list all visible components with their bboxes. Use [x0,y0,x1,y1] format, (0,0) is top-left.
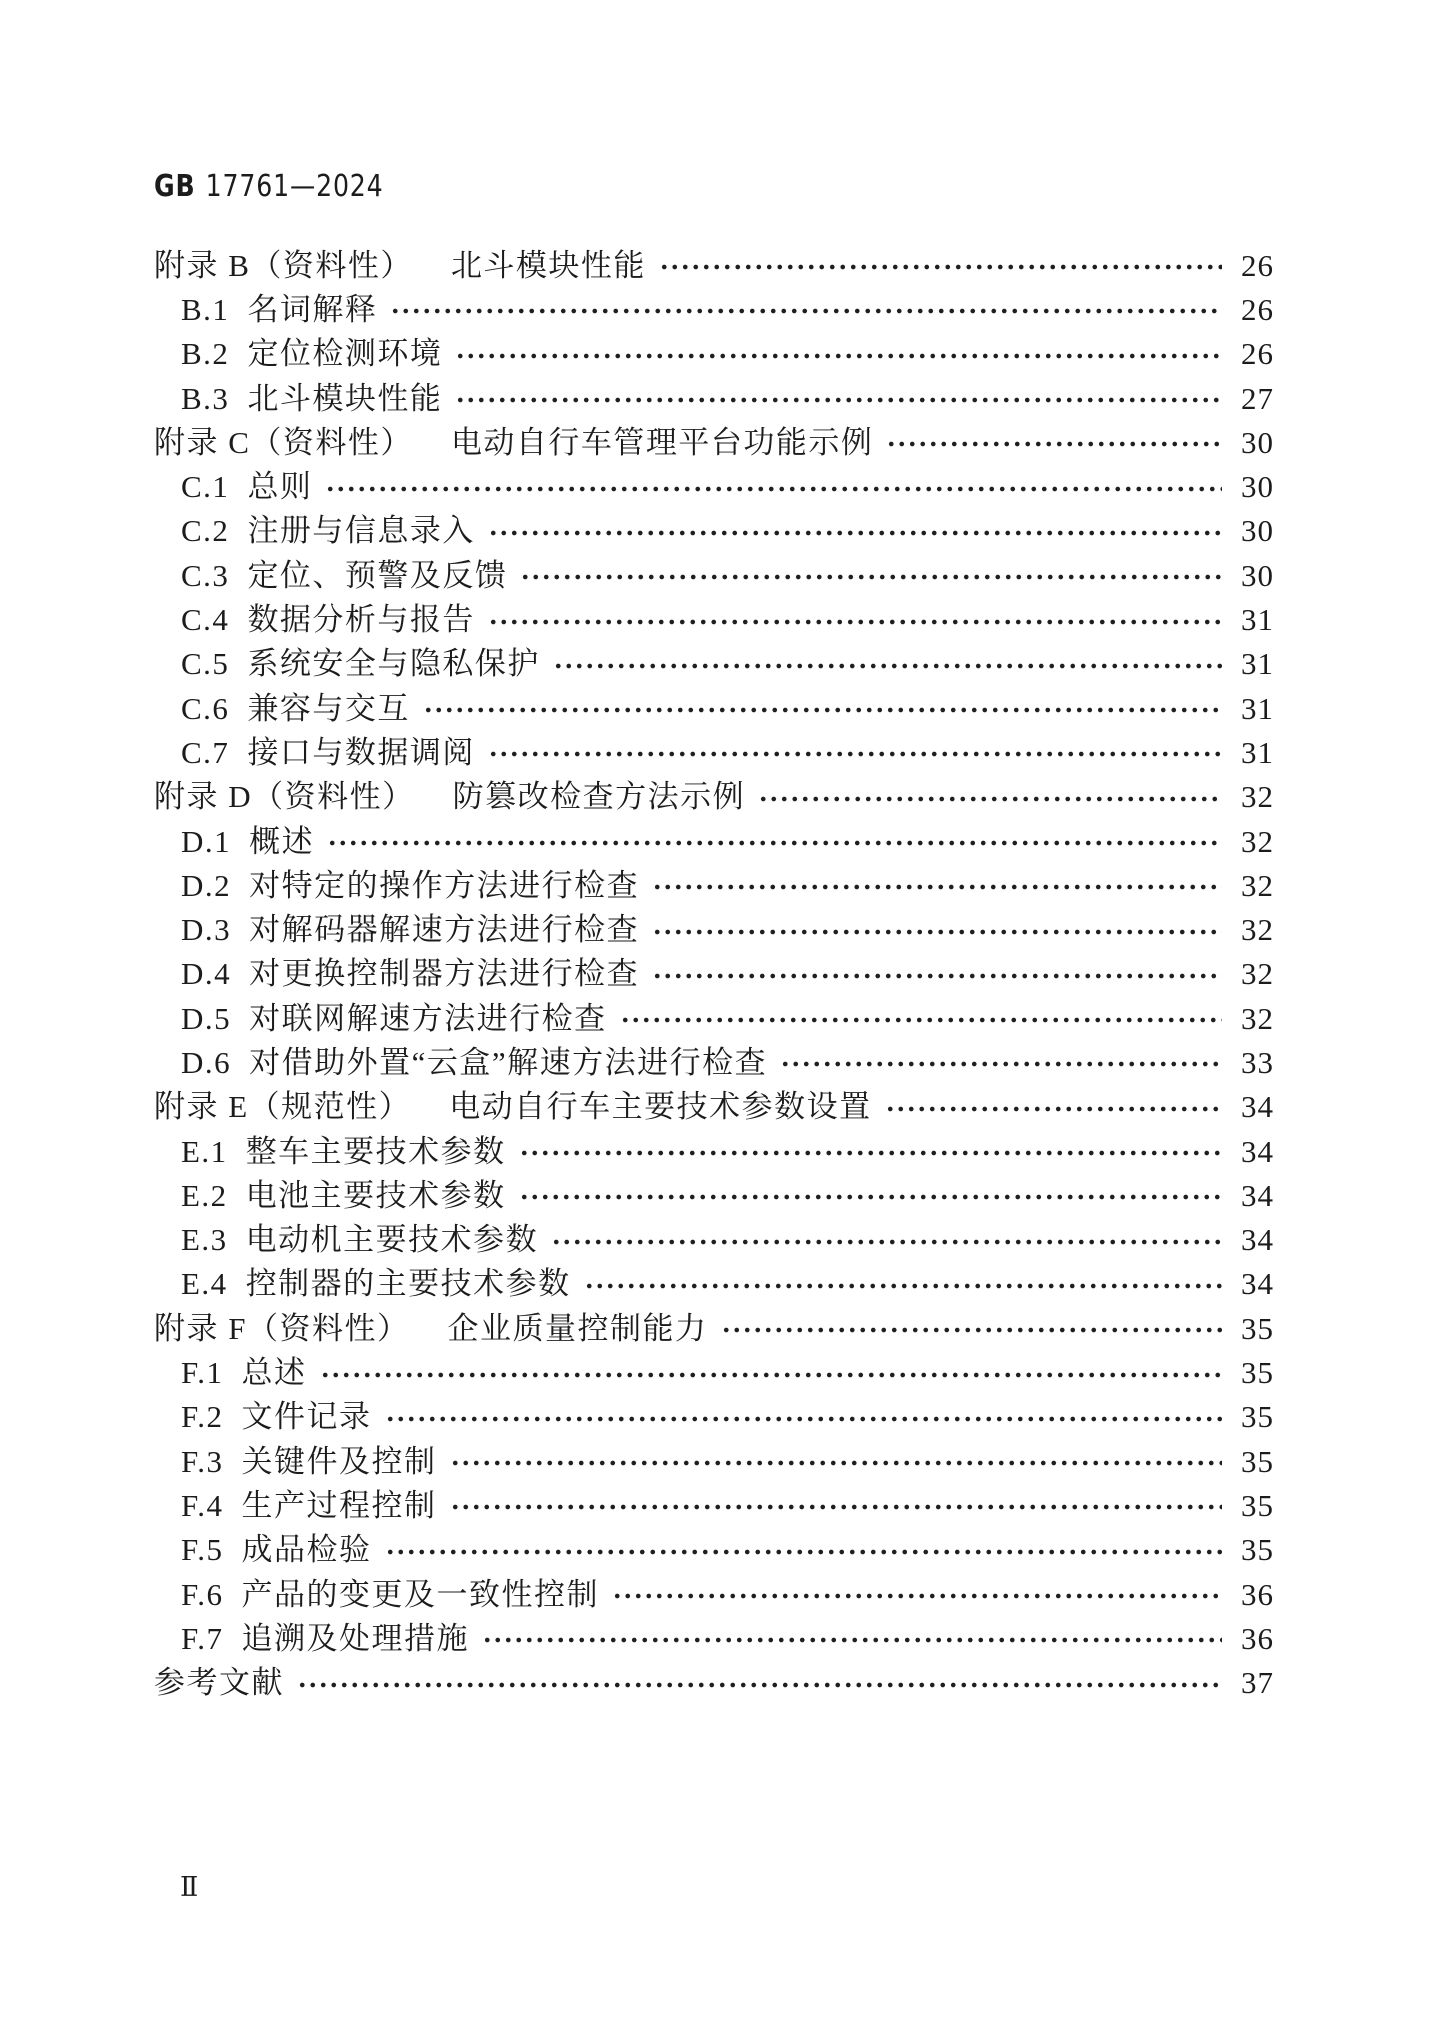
toc-entry: C.4数据分析与报告31 [154,597,1274,641]
toc-entry: C.1总则30 [154,464,1274,508]
toc-entry-page: 35 [1228,1357,1274,1388]
toc-leader-dots [553,663,1222,669]
toc-entry-title: 整车主要技术参数 [246,1136,506,1167]
toc-entry-page: 36 [1228,1623,1274,1654]
toc-leader-dots [450,1460,1222,1466]
toc-entry-title: 产品的变更及一致性控制 [242,1579,600,1610]
toc-entry-page: 26 [1228,338,1274,369]
toc-leader-dots [652,973,1222,979]
toc-leader-dots [652,929,1222,935]
toc-entry-page: 35 [1228,1313,1274,1344]
toc-entry-title: 接口与数据调阅 [247,737,475,768]
toc-entry-label: D.6 [181,1047,231,1078]
toc-entry: 附录 B（资料性）北斗模块性能26 [154,243,1274,287]
toc-entry: B.3北斗模块性能27 [154,376,1274,420]
toc-entry-page: 37 [1228,1667,1274,1698]
toc-entry: 参考文献37 [154,1661,1274,1705]
toc-entry-label: E.1 [181,1136,228,1167]
toc-leader-dots [325,486,1222,492]
toc-entry-page: 32 [1228,781,1274,812]
toc-leader-dots [455,397,1222,403]
toc-entry: D.3对解码器解速方法进行检查32 [154,907,1274,951]
toc-leader-dots [520,574,1222,580]
toc-entry-page: 33 [1228,1047,1274,1078]
toc-entry-label: E.4 [181,1268,228,1299]
toc-entry-page: 32 [1228,958,1274,989]
toc-entry-page: 32 [1228,914,1274,945]
toc-leader-dots [721,1327,1223,1333]
toc-entry-label: D.3 [181,914,231,945]
toc-entry-page: 30 [1228,560,1274,591]
toc-entry-label: B.3 [181,383,229,414]
toc-entry-title: 对特定的操作方法进行检查 [249,870,639,901]
toc-entry: 附录 F（资料性）企业质量控制能力35 [154,1306,1274,1350]
toc-entry-label: C.6 [181,693,229,724]
toc-entry-title: 北斗模块性能 [247,383,442,414]
toc-entry-title: 总述 [242,1357,307,1388]
toc-entry-label: F.7 [181,1623,224,1654]
toc-entry-label: C.7 [181,737,229,768]
toc-entry-title: 电动机主要技术参数 [246,1224,539,1255]
toc-leader-dots [327,840,1222,846]
toc-entry: E.1整车主要技术参数34 [154,1129,1274,1173]
toc-entry-page: 31 [1228,648,1274,679]
toc-leader-dots [620,1017,1222,1023]
toc-leader-dots [320,1372,1222,1378]
toc-entry: E.4控制器的主要技术参数34 [154,1262,1274,1306]
toc-entry-page: 34 [1228,1180,1274,1211]
toc-entry: D.6对借助外置“云盒”解速方法进行检查33 [154,1040,1274,1084]
toc-entry-title: 兼容与交互 [247,693,410,724]
toc-entry-page: 35 [1228,1534,1274,1565]
toc-entry: B.1名词解释26 [154,287,1274,331]
toc-entry-label: B.1 [181,294,229,325]
toc-entry: C.5系统安全与隐私保护31 [154,642,1274,686]
toc-entry-label: F.4 [181,1490,224,1521]
toc-leader-dots [488,619,1222,625]
toc-entry: F.6产品的变更及一致性控制36 [154,1572,1274,1616]
toc-entry-page: 26 [1228,294,1274,325]
toc-entry-label: C.5 [181,648,229,679]
toc-leader-dots [488,530,1222,536]
toc-entry-label: 附录 E（规范性） [154,1091,411,1122]
toc-entry-label: F.3 [181,1446,224,1477]
toc-leader-dots [390,308,1222,314]
toc-entry-label: D.5 [181,1003,231,1034]
toc-entry-title: 成品检验 [242,1534,372,1565]
toc-entry-label: F.1 [181,1357,224,1388]
toc-entry: B.2定位检测环境26 [154,332,1274,376]
toc-entry: C.2注册与信息录入30 [154,509,1274,553]
toc-leader-dots [519,1194,1222,1200]
toc-leader-dots [758,796,1222,802]
toc-entry-label: F.5 [181,1534,224,1565]
toc-entry-page: 30 [1228,427,1274,458]
toc-entry: F.5成品检验35 [154,1528,1274,1572]
toc-leader-dots [482,1637,1222,1643]
toc-entry-title: 防篡改检查方法示例 [453,781,746,812]
toc-entry-label: F.2 [181,1401,224,1432]
toc-entry-page: 36 [1228,1579,1274,1610]
toc-entry-label: C.4 [181,604,229,635]
toc-entry-label: 附录 B（资料性） [154,250,413,281]
toc-entry-label: 附录 D（资料性） [154,781,415,812]
toc-entry-label: C.2 [181,515,229,546]
toc-entry-page: 35 [1228,1446,1274,1477]
toc-leader-dots [612,1593,1222,1599]
toc-entry-page: 32 [1228,1003,1274,1034]
toc-entry-page: 30 [1228,515,1274,546]
toc-entry: D.2对特定的操作方法进行检查32 [154,863,1274,907]
toc-entry-label: D.4 [181,958,231,989]
toc-entry-label: 附录 F（资料性） [154,1313,410,1344]
toc-leader-dots [780,1061,1222,1067]
toc-entry-title: 企业质量控制能力 [448,1313,708,1344]
footer-page-number: Ⅱ [180,1874,198,1901]
toc-entry: D.4对更换控制器方法进行检查32 [154,952,1274,996]
toc-entry-label: 参考文献 [154,1667,284,1698]
toc-entry-title: 北斗模块性能 [451,250,646,281]
toc-entry-label: D.2 [181,870,231,901]
toc-leader-dots [519,1150,1222,1156]
toc-entry-title: 注册与信息录入 [247,515,475,546]
toc-leader-dots [488,751,1222,757]
toc-entry-page: 30 [1228,471,1274,502]
toc-entry-page: 31 [1228,693,1274,724]
toc-leader-dots [885,1106,1222,1112]
toc-entry: D.1概述32 [154,819,1274,863]
toc-entry-page: 32 [1228,826,1274,857]
toc-entry-page: 27 [1228,383,1274,414]
toc-entry: F.4生产过程控制35 [154,1483,1274,1527]
toc-entry: F.2文件记录35 [154,1395,1274,1439]
toc-entry-title: 生产过程控制 [242,1490,437,1521]
toc-entry-title: 名词解释 [247,294,377,325]
toc-entry-title: 追溯及处理措施 [242,1623,470,1654]
toc-entry-label: D.1 [181,826,231,857]
toc-leader-dots [450,1504,1222,1510]
toc-entry-title: 电动自行车管理平台功能示例 [451,427,874,458]
toc-entry-label: C.1 [181,471,229,502]
toc-entry-page: 32 [1228,870,1274,901]
toc-entry-label: E.3 [181,1224,228,1255]
doc-number-header: GB17761—2024 [154,172,384,202]
toc-entry: C.7接口与数据调阅31 [154,730,1274,774]
document-page: GB17761—2024 附录 B（资料性）北斗模块性能26B.1名词解释26B… [0,0,1445,2044]
toc-entry-title: 对借助外置“云盒”解速方法进行检查 [249,1047,767,1078]
toc-entry-label: C.3 [181,560,229,591]
toc-leader-dots [297,1682,1222,1688]
toc-leader-dots [652,884,1222,890]
toc-entry-page: 35 [1228,1401,1274,1432]
toc-entry-title: 电池主要技术参数 [246,1180,506,1211]
toc-entry-page: 26 [1228,250,1274,281]
toc-entry-label: E.2 [181,1180,228,1211]
toc-entry-page: 34 [1228,1091,1274,1122]
toc-leader-dots [659,264,1222,270]
doc-number: 17761—2024 [206,169,384,204]
toc-entry-title: 数据分析与报告 [247,604,475,635]
toc-leader-dots [385,1416,1222,1422]
doc-code: GB [154,169,196,204]
toc-entry-page: 31 [1228,737,1274,768]
toc-entry: F.3关键件及控制35 [154,1439,1274,1483]
toc-leader-dots [584,1283,1222,1289]
toc-entry-label: 附录 C（资料性） [154,427,413,458]
toc-entry: C.6兼容与交互31 [154,686,1274,730]
toc-entry-page: 31 [1228,604,1274,635]
toc-entry: C.3定位、预警及反馈30 [154,553,1274,597]
toc-leader-dots [423,707,1222,713]
toc-entry-page: 34 [1228,1136,1274,1167]
toc-entry: 附录 E（规范性）电动自行车主要技术参数设置34 [154,1085,1274,1129]
toc-leader-dots [455,353,1222,359]
toc-entry: 附录 D（资料性）防篡改检查方法示例32 [154,775,1274,819]
toc-entry-title: 关键件及控制 [242,1446,437,1477]
toc-list: 附录 B（资料性）北斗模块性能26B.1名词解释26B.2定位检测环境26B.3… [154,243,1274,1705]
toc-entry: F.1总述35 [154,1350,1274,1394]
toc-entry: E.3电动机主要技术参数34 [154,1218,1274,1262]
toc-entry-page: 34 [1228,1268,1274,1299]
toc-entry: F.7追溯及处理措施36 [154,1616,1274,1660]
toc-entry: D.5对联网解速方法进行检查32 [154,996,1274,1040]
toc-entry-page: 34 [1228,1224,1274,1255]
toc-entry-title: 对联网解速方法进行检查 [249,1003,607,1034]
toc-leader-dots [385,1549,1222,1555]
toc-leader-dots [551,1239,1222,1245]
toc-entry-title: 定位检测环境 [247,338,442,369]
toc-entry-title: 控制器的主要技术参数 [246,1268,571,1299]
toc-entry-label: F.6 [181,1579,224,1610]
toc-entry-title: 对更换控制器方法进行检查 [249,958,639,989]
toc-entry: E.2电池主要技术参数34 [154,1173,1274,1217]
toc-entry-title: 电动自行车主要技术参数设置 [449,1091,872,1122]
toc-entry-title: 对解码器解速方法进行检查 [249,914,639,945]
toc-entry-page: 35 [1228,1490,1274,1521]
toc-entry-title: 定位、预警及反馈 [247,560,507,591]
toc-entry-title: 系统安全与隐私保护 [247,648,540,679]
toc-leader-dots [886,441,1222,447]
toc-entry-label: B.2 [181,338,229,369]
toc-entry: 附录 C（资料性）电动自行车管理平台功能示例30 [154,420,1274,464]
toc-entry-title: 总则 [247,471,312,502]
toc-entry-title: 概述 [249,826,314,857]
toc-entry-title: 文件记录 [242,1401,372,1432]
